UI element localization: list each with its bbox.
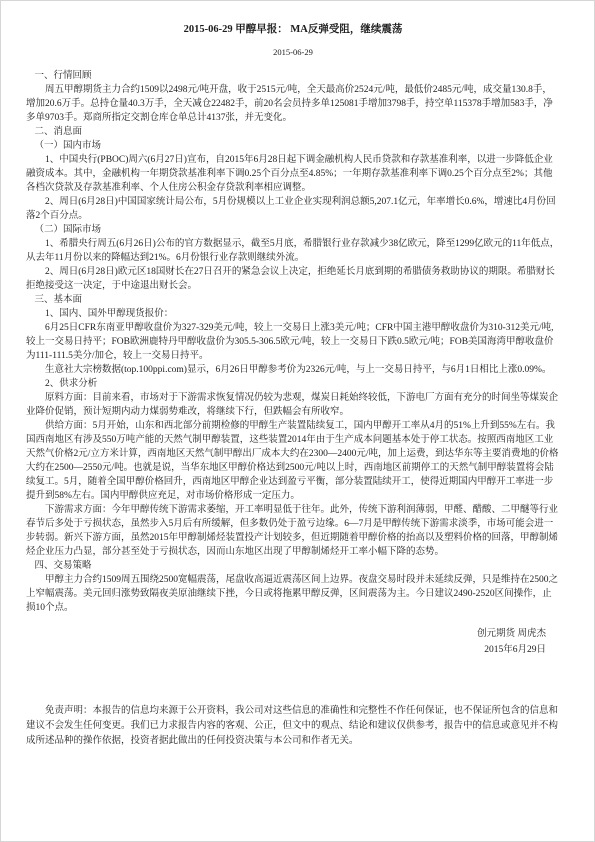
paragraph: 6月25日CFR东南亚甲醇收盘价为327-329美元/吨，较上一交易日上涨3美元… [26,321,560,363]
section-heading: （一）国内市场 [26,139,560,153]
paragraph: 生意社大宗榜数据(top.100ppi.com)显示，6月26日甲醇参考价为23… [26,363,560,377]
report-title: 2015-06-29 甲醇早报： MA反弹受阻，继续震荡 [26,23,560,37]
section-heading: 二、消息面 [26,125,560,139]
section-heading: 三、基本面 [26,293,560,307]
paragraph: 周五甲醇期货主力合约1509以2498元/吨开盘，收于2515元/吨，全天最高价… [26,83,560,125]
section-heading: 一、行情回顾 [26,69,560,83]
paragraph: 供给方面：5月开始，山东和西北部分前期检修的甲醇生产装置陆续复工，国内甲醇开工率… [26,419,560,503]
paragraph: 下游需求方面：今年甲醇传统下游需求萎缩，开工率明显低于往年。此外，传统下游利润薄… [26,503,560,559]
paragraph: 甲醇主力合约1509周五围绕2500宽幅震荡，尾盘收高逼近震荡区间上边界。夜盘交… [26,573,560,615]
signature-block: 创元期货 周虎杰 2015年6月29日 [26,626,560,658]
signature-date: 2015年6月29日 [26,642,546,658]
report-date: 2015-06-29 [26,46,560,58]
paragraph: 2、周日(6月28日)欧元区18国财长在27日召开的紧急会议上决定，拒绝延长月底… [26,265,560,293]
section-heading: （二）国际市场 [26,223,560,237]
disclaimer-text: 免责声明：本报告的信息均来源于公开资料，我公司对这些信息的准确性和完整性不作任何… [26,704,560,749]
section-heading: 四、交易策略 [26,559,560,573]
signature-author: 创元期货 周虎杰 [26,626,546,642]
paragraph: 1、国内、国外甲醇现货报价： [26,307,560,321]
paragraph: 1、中国央行(PBOC)周六(6月27日)宣布，自2015年6月28日起下调金融… [26,153,560,195]
paragraph: 原料方面：目前来看，市场对于下游需求恢复情况仍较为悲观，煤炭日耗始终较低，下游电… [26,391,560,419]
paragraph: 1、希腊央行周五(6月26日)公布的官方数据显示，截至5月底，希腊银行业存款减少… [26,237,560,265]
report-body: 一、行情回顾周五甲醇期货主力合约1509以2498元/吨开盘，收于2515元/吨… [26,69,560,615]
paragraph: 2、周日(6月28日)中国国家统计局公布，5月份规模以上工业企业实现利润总额5,… [26,195,560,223]
paragraph: 2、供求分析 [26,377,560,391]
report-page: 2015-06-29 甲醇早报： MA反弹受阻，继续震荡 2015-06-29 … [0,0,595,842]
